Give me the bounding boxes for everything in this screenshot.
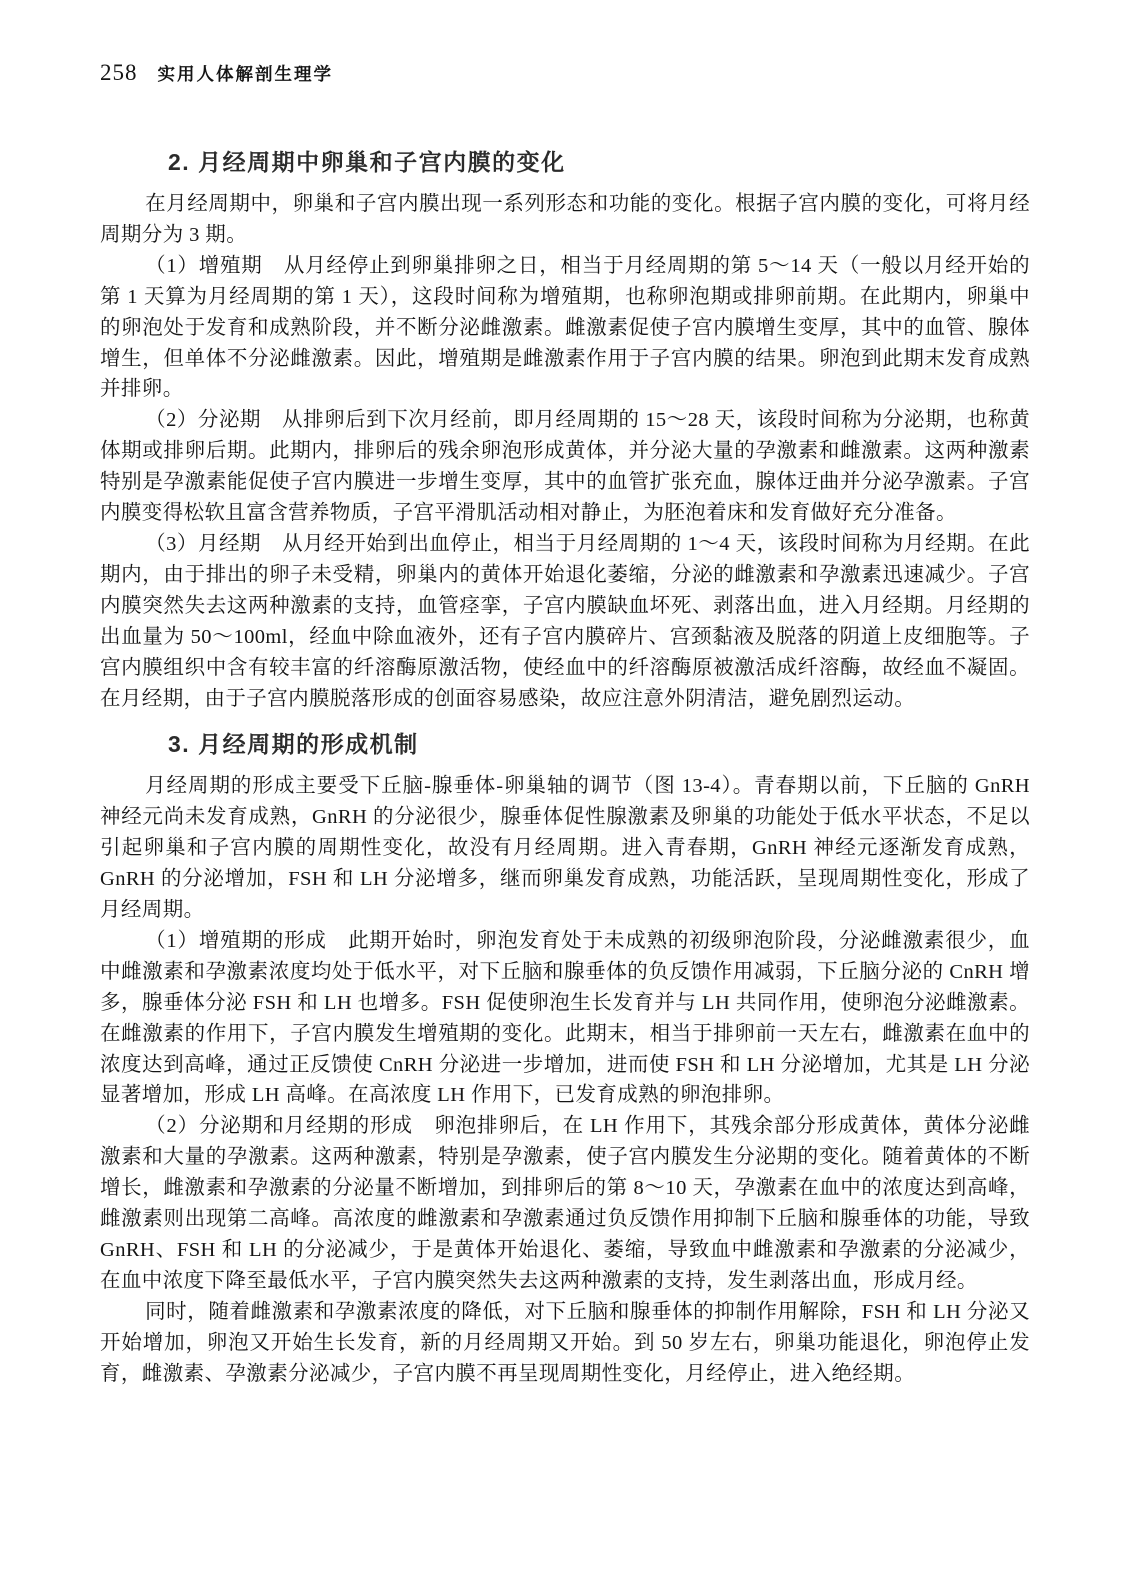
paragraph-secretory-phase: （2）分泌期 从排卵后到下次月经前，即月经周期的 15～28 天，该段时间称为分…: [100, 405, 1030, 529]
paragraph-proliferative-formation: （1）增殖期的形成 此期开始时，卵泡发育处于未成熟的初级卵泡阶段，分泌雌激素很少…: [100, 926, 1030, 1111]
paragraph-menstrual-phase: （3）月经期 从月经开始到出血停止，相当于月经周期的 1～4 天，该段时间称为月…: [100, 529, 1030, 714]
paragraph-new-cycle-menopause: 同时，随着雌激素和孕激素浓度的降低，对下丘脑和腺垂体的抑制作用解除，FSH 和 …: [100, 1297, 1030, 1390]
document-page: 258 实用人体解剖生理学 2. 月经周期中卵巢和子宫内膜的变化 在月经周期中，…: [0, 0, 1127, 1570]
page-body: 2. 月经周期中卵巢和子宫内膜的变化 在月经周期中，卵巢和子宫内膜出现一系列形态…: [100, 144, 1030, 1390]
section-heading-cycle-mechanism: 3. 月经周期的形成机制: [168, 726, 1030, 759]
paragraph-secretory-menstrual-formation: （2）分泌期和月经期的形成 卵泡排卵后，在 LH 作用下，其残余部分形成黄体，黄…: [100, 1111, 1030, 1296]
book-title: 实用人体解剖生理学: [158, 61, 334, 86]
paragraph-hpo-axis-regulation: 月经周期的形成主要受下丘脑-腺垂体-卵巢轴的调节（图 13-4）。青春期以前，下…: [100, 771, 1030, 926]
paragraph-proliferative-phase: （1）增殖期 从月经停止到卵巢排卵之日，相当于月经周期的第 5～14 天（一般以…: [100, 251, 1030, 406]
paragraph-cycle-overview: 在月经周期中，卵巢和子宫内膜出现一系列形态和功能的变化。根据子宫内膜的变化，可将…: [100, 189, 1030, 251]
page-number: 258: [100, 60, 138, 86]
running-header: 258 实用人体解剖生理学: [100, 60, 1030, 86]
section-heading-ovary-endometrium-changes: 2. 月经周期中卵巢和子宫内膜的变化: [168, 144, 1030, 177]
